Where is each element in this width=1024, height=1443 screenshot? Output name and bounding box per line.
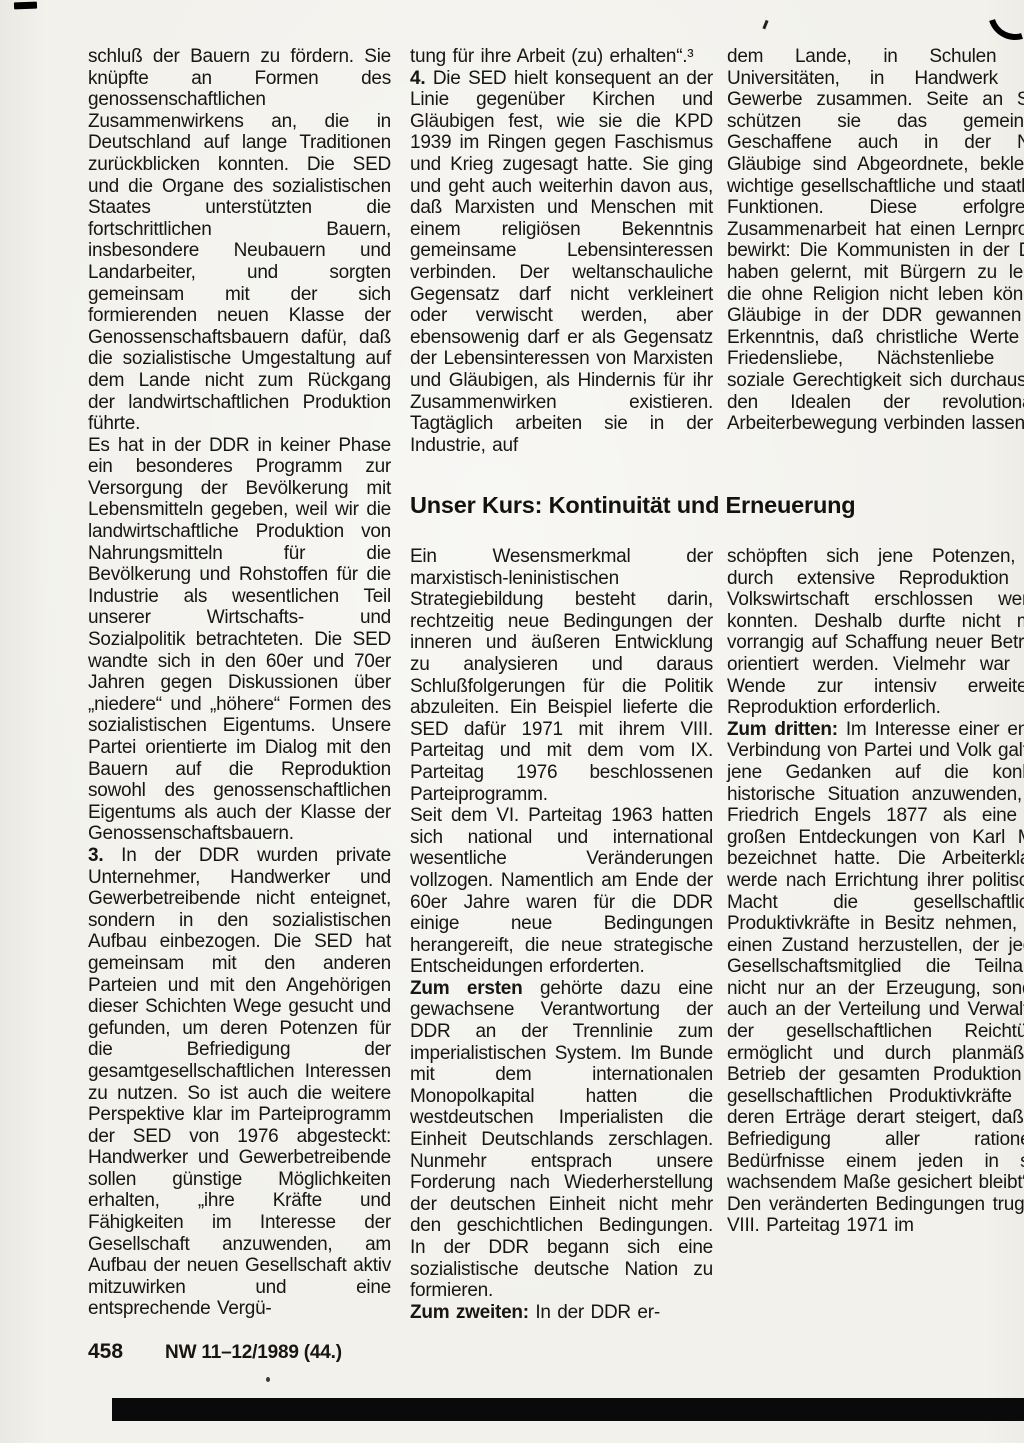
paragraph: Zum zweiten: In der DDR er- <box>410 1302 713 1324</box>
paragraph: Zum dritten: Im Interesse einer engen Ve… <box>727 719 1024 1194</box>
page-footer: 458 NW 11–12/1989 (44.) <box>88 1340 342 1364</box>
paragraph: 4. Die SED hielt konsequent an der Linie… <box>410 68 713 457</box>
paragraph-text: gehörte dazu eine gewachsene Verantwortu… <box>410 978 713 1301</box>
paragraph: dem Lande, in Schulen und Universitäten,… <box>727 46 1024 435</box>
paragraph-text: tung für ihre Arbeit (zu) erhalten“.³ <box>410 46 693 67</box>
paragraph: Seit dem VI. Parteitag 1963 hatten sich … <box>410 805 713 978</box>
scanned-magazine-page: schluß der Bauern zu fördern. Sie knüpft… <box>0 0 1024 1443</box>
scan-artifact-top-right <box>978 0 1024 50</box>
paragraph-text: Seit dem VI. Parteitag 1963 hatten sich … <box>410 805 713 977</box>
page-number: 458 <box>88 1340 123 1364</box>
paragraph: tung für ihre Arbeit (zu) erhalten“.³ <box>410 46 713 68</box>
paragraph-text: In der DDR wurden private Unternehmer, H… <box>88 845 391 1319</box>
paragraph-lead: Zum dritten: <box>727 719 838 740</box>
paragraph: Ein Wesensmerkmal der marxistisch-lenini… <box>410 546 713 805</box>
paragraph: 3. In der DDR wurden private Unternehmer… <box>88 845 391 1320</box>
column-middle-top: tung für ihre Arbeit (zu) erhalten“.³ 4.… <box>410 46 713 456</box>
paragraph-text: schöpften sich jene Potenzen, die durch … <box>727 546 1024 718</box>
paragraph-text: Die SED hielt konsequent an der Linie ge… <box>410 68 713 456</box>
scan-artifact-speck <box>266 1377 270 1382</box>
paragraph: Zum ersten gehörte dazu eine gewachsene … <box>410 978 713 1302</box>
paragraph: Es hat in der DDR in keiner Phase ein be… <box>88 435 391 845</box>
scan-edge-bar <box>112 1398 1024 1421</box>
paragraph-lead: Zum zweiten: <box>410 1302 529 1323</box>
column-right-bottom: schöpften sich jene Potenzen, die durch … <box>727 546 1024 1237</box>
column-right-top: dem Lande, in Schulen und Universitäten,… <box>727 46 1024 435</box>
scan-artifact-top-left <box>14 2 37 10</box>
paragraph-text: Den veränderten Bedingungen trug der VII… <box>727 1194 1024 1237</box>
paragraph-text: dem Lande, in Schulen und Universitäten,… <box>727 46 1024 434</box>
scan-artifact-tick <box>762 20 768 29</box>
paragraph-text: Im Interesse einer engen Verbindung von … <box>727 719 1024 1193</box>
paragraph: schöpften sich jene Potenzen, die durch … <box>727 546 1024 719</box>
paragraph: schluß der Bauern zu fördern. Sie knüpft… <box>88 46 391 435</box>
issue-label: NW 11–12/1989 (44.) <box>165 1342 342 1364</box>
paragraph-text: Ein Wesensmerkmal der marxistisch-lenini… <box>410 546 713 805</box>
paragraph-text: In der DDR er- <box>529 1302 660 1323</box>
paragraph-text: schluß der Bauern zu fördern. Sie knüpft… <box>88 46 391 434</box>
column-left: schluß der Bauern zu fördern. Sie knüpft… <box>88 46 391 1320</box>
section-heading: Unser Kurs: Kontinuität und Erneuerung <box>410 492 855 519</box>
paragraph-lead: 4. <box>410 68 425 89</box>
paragraph: Den veränderten Bedingungen trug der VII… <box>727 1194 1024 1237</box>
paragraph-lead: 3. <box>88 845 103 866</box>
paragraph-text: Es hat in der DDR in keiner Phase ein be… <box>88 435 391 845</box>
column-middle-bottom: Ein Wesensmerkmal der marxistisch-lenini… <box>410 546 713 1323</box>
paragraph-lead: Zum ersten <box>410 978 522 999</box>
